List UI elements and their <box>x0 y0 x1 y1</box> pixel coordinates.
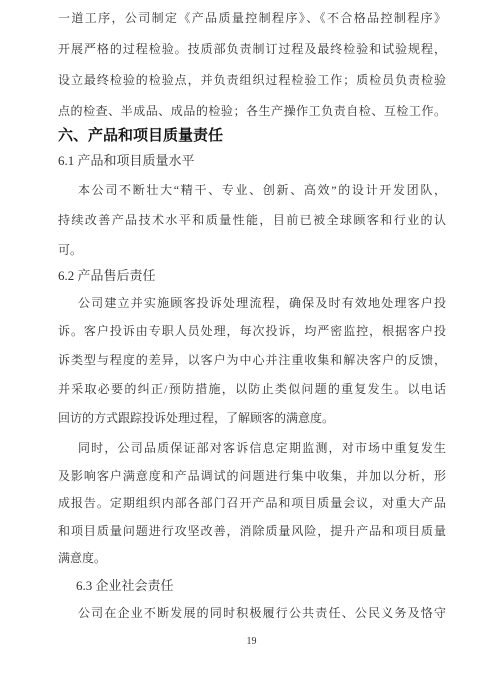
text-line: 持续改善产品技术水平和质量性能，目前已被全球顾客和行业的认 <box>58 212 446 228</box>
text-line: 设立最终检验的检验点，并负责组织过程检验工作；质检员负责检验 <box>58 72 446 88</box>
document-page: 一道工序，公司制定《产品质量控制程序》、《不合格品控制程序》开展严格的过程检验。… <box>0 0 503 678</box>
text-line: 诉类型与程度的差异，以客户为中心并注重收集和解决客户的反馈， <box>58 352 446 368</box>
text-line: 可。 <box>58 242 446 258</box>
section-heading: 六、产品和项目质量责任 <box>58 127 446 145</box>
text-line: 并采取必要的纠正/预防措施，以防止类似问题的重复发生。以电话 <box>58 381 446 397</box>
text-line: 成报告。定期组织内部各部门召开产品和项目质量会议，对重大产品 <box>58 495 446 511</box>
page-number: 19 <box>0 636 503 647</box>
text-line: 本公司不断壮大“精干、专业、创新、高效”的设计开发团队， <box>58 182 446 198</box>
text-line: 一道工序，公司制定《产品质量控制程序》、《不合格品控制程序》 <box>58 10 446 26</box>
sub-heading: 6.1 产品和项目质量水平 <box>58 152 446 169</box>
text-line: 回访的方式跟踪投诉处理过程，了解顾客的满意度。 <box>58 410 446 426</box>
document-body: 一道工序，公司制定《产品质量控制程序》、《不合格品控制程序》开展严格的过程检验。… <box>58 0 446 678</box>
text-line: 公司建立并实施顾客投诉处理流程，确保及时有效地处理客户投 <box>58 295 446 311</box>
text-line: 及影响客户满意度和产品调试的问题进行集中收集，并加以分析，形 <box>58 468 446 484</box>
text-line: 点的检查、半成品、成品的检验；各生产操作工负责自检、互检工作。 <box>58 103 446 119</box>
text-line: 和项目质量问题进行攻坚改善，消除质量风险，提升产品和项目质量 <box>58 523 446 539</box>
text-line: 满意度。 <box>58 550 446 566</box>
sub-heading: 6.3 企业社会责任 <box>58 577 446 594</box>
sub-heading: 6.2 产品售后责任 <box>58 267 446 284</box>
text-line: 同时，公司品质保证部对客诉信息定期监测，对市场中重复发生 <box>58 440 446 456</box>
text-line: 开展严格的过程检验。技质部负责制订过程及最终检验和试验规程， <box>58 41 446 57</box>
text-line: 公司在企业不断发展的同时积极履行公共责任、公民义务及恪守 <box>58 605 446 621</box>
text-line: 诉。客户投诉由专职人员处理，每次投诉，均严密监控，根据客户投 <box>58 323 446 339</box>
